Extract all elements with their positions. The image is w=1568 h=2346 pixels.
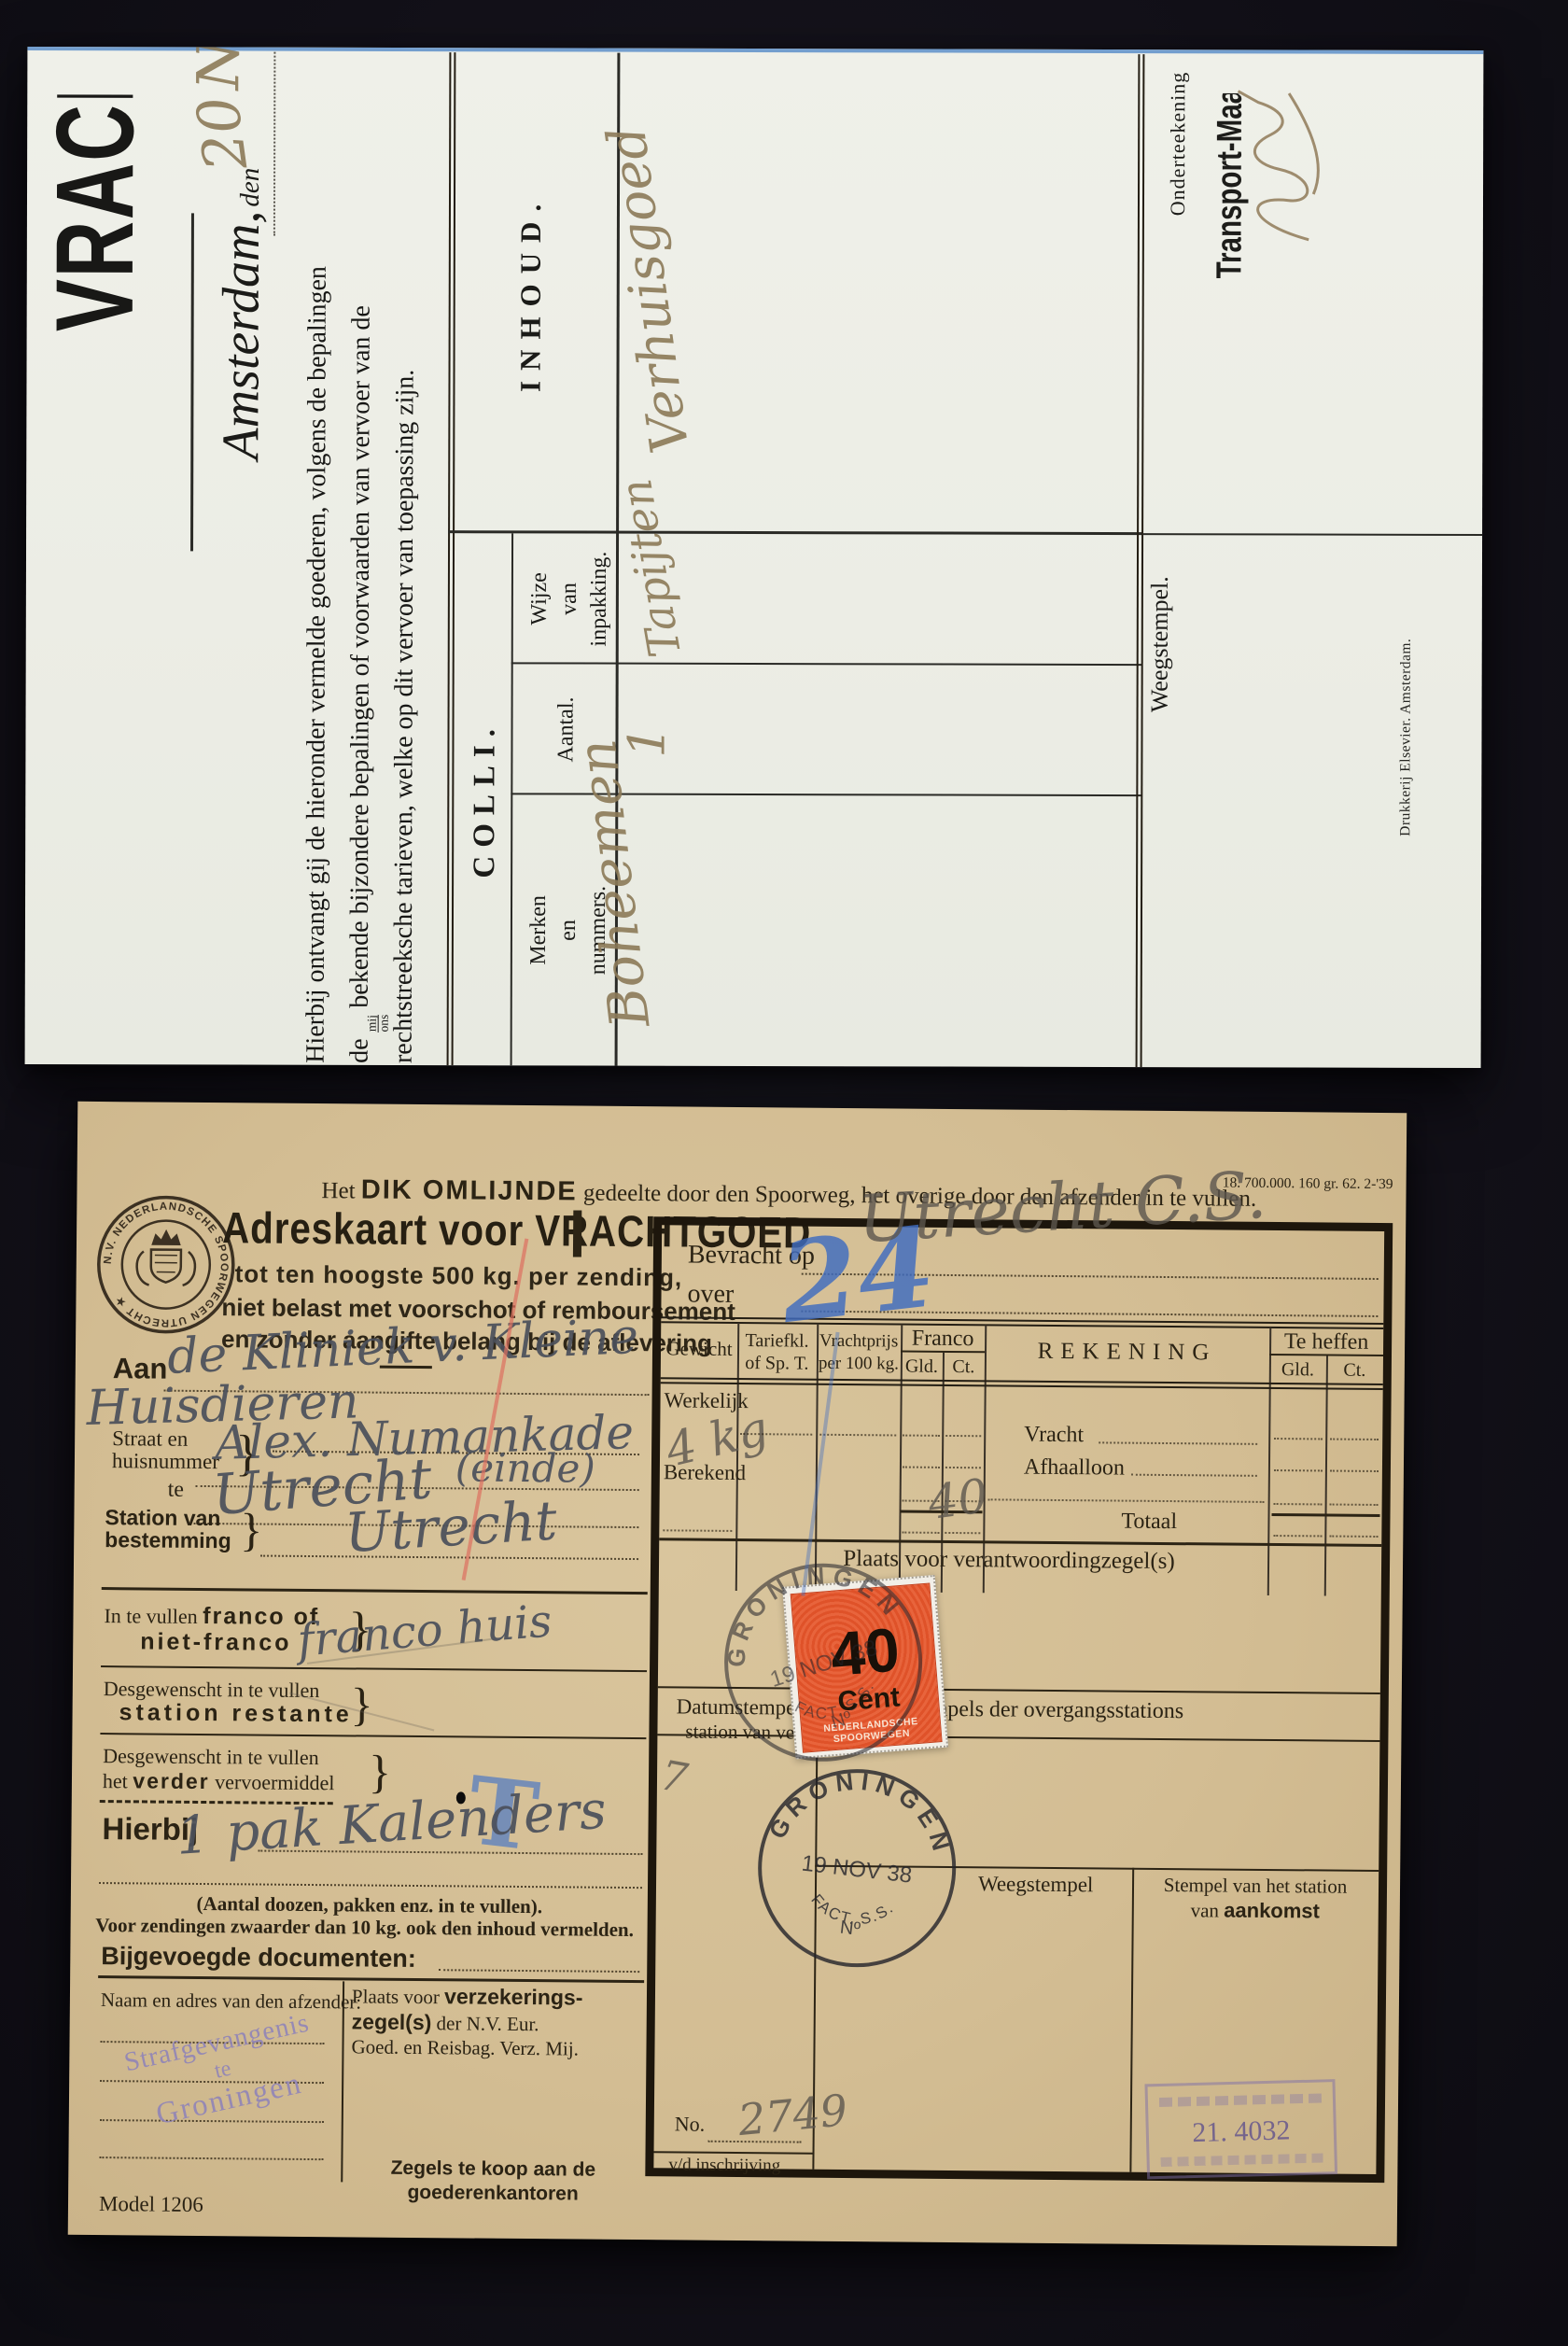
- vervoermiddel-label-1: Desgewenscht in te vullen: [103, 1744, 319, 1770]
- leader: [903, 1467, 940, 1468]
- inhoud-header: INHOUD.: [513, 52, 548, 533]
- zegels-line-2: goederenkantoren: [357, 2181, 628, 2206]
- no-label: No.: [675, 2112, 706, 2136]
- straat-label-2: huisnummer: [112, 1449, 219, 1474]
- rekening-header: REKENING: [985, 1338, 1269, 1367]
- leader: [1099, 1441, 1257, 1444]
- aankomst-label-2: van aankomst: [1141, 1898, 1369, 1924]
- section-rule: [101, 1665, 647, 1672]
- leader: [903, 1435, 940, 1437]
- coat-of-arms: [136, 1231, 195, 1285]
- leader: [1131, 1474, 1257, 1477]
- handwriting-station: Utrecht: [343, 1488, 559, 1565]
- berekend-label: Berekend: [664, 1460, 746, 1485]
- handwritten-date-fragment: N: [184, 47, 252, 91]
- aankomst-label-1: Stempel van het station: [1141, 1874, 1369, 1899]
- vrachtbrief-document: VRACH Amsterdam, den 20 N Hierbij ontvan…: [25, 47, 1484, 1068]
- place-label: Amsterdam,: [212, 210, 271, 459]
- vervoermiddel-label-2: het verder vervoermiddel: [103, 1768, 335, 1795]
- brace: }: [350, 1677, 373, 1731]
- svg-text:19 NOV 38: 19 NOV 38: [801, 1850, 914, 1888]
- totaal-label: Totaal: [1121, 1510, 1177, 1536]
- niet-franco-label: niet-franco: [140, 1628, 291, 1656]
- brace: }: [369, 1745, 392, 1799]
- gld-header: Gld.: [901, 1356, 943, 1378]
- leader: [1330, 1470, 1379, 1472]
- col-line: [1324, 1356, 1328, 1595]
- section-rule: [102, 1587, 648, 1594]
- full-dotted: [99, 1882, 642, 1889]
- documents-dotted: [439, 1969, 639, 1973]
- leader: [1274, 1469, 1323, 1471]
- franco-label: In te vullen franco of: [104, 1602, 319, 1631]
- place-date-line: Amsterdam, den: [211, 168, 272, 460]
- mij-ons-stack: mijons: [367, 1015, 390, 1033]
- leader: [945, 1435, 981, 1437]
- svg-text:Nº: Nº: [839, 1918, 862, 1940]
- model-number: Model 1206: [99, 2192, 203, 2217]
- leader: [819, 1434, 896, 1437]
- leader: [1330, 1504, 1379, 1506]
- weegstempel-label: Weegstempel.: [1146, 576, 1174, 712]
- ct-header-2: Ct.: [1326, 1359, 1383, 1382]
- intro-2-rest: bekende bijzondere bepalingen of voorwaa…: [345, 305, 376, 1008]
- documents-label: Bijgevoegde documenten:: [101, 1942, 416, 1974]
- spoorweg-box: Bevracht op over 24 Utrecht C.S. Gewicht…: [645, 1216, 1393, 2183]
- leader: [663, 1529, 732, 1532]
- vracht-row-label: Vracht: [1024, 1423, 1084, 1449]
- handwriting-franco: franco huis: [296, 1594, 554, 1666]
- teheffen-header: Te heffen: [1269, 1329, 1383, 1356]
- date-dotted-line: [273, 52, 276, 236]
- restante-label-2: station restante: [119, 1699, 352, 1728]
- leader: [1273, 1535, 1322, 1537]
- dik-omlijnde-bold: DIK OMLIJNDE: [361, 1174, 578, 1206]
- leader: [945, 1532, 980, 1534]
- svg-text:GRONINGEN: GRONINGEN: [762, 1757, 965, 1862]
- gld-header-2: Gld.: [1269, 1359, 1326, 1382]
- handwriting-aantal: 1: [617, 725, 676, 758]
- note-line-2: Voor zendingen zwaarder dan 10 kg. ook d…: [85, 1914, 645, 1942]
- signature-scribble: [1213, 76, 1347, 260]
- insurance-label-2: zegel(s) der N.V. Eur.: [352, 2009, 539, 2036]
- handwriting-route: Utrecht C.S.: [856, 1157, 1268, 1258]
- insurance-label-3: Goed. en Reisbag. Verz. Mij.: [351, 2035, 579, 2060]
- intro-line-2: demijonsbekende bijzondere bepalingen of…: [345, 52, 393, 1063]
- handwriting-inhoud: Verhuisgoed: [596, 122, 702, 457]
- column-line-2: [511, 662, 1142, 666]
- leader: [1274, 1438, 1323, 1440]
- ct-header: Ct.: [943, 1356, 985, 1378]
- straat-label-1: Straat en: [112, 1426, 188, 1452]
- adreskaart-document: N.V. NEDERLANDSCHE SPOORWEGEN UTRECHT ★ …: [68, 1102, 1407, 2246]
- insurance-label-1: Plaats voor verzekerings-: [352, 1983, 583, 2010]
- arrival-stamp-code: 21. 4032: [1148, 2114, 1334, 2150]
- wijze-column-header: Wijze van inpakking.: [525, 533, 614, 664]
- table-bottom-rule: [1136, 54, 1145, 1067]
- waybill-title: VRACH: [40, 94, 151, 331]
- section-rule: [98, 1975, 644, 1983]
- section-rule: [100, 1733, 646, 1739]
- inschrijving-label: v/d inschrijving: [668, 2155, 780, 2176]
- zegels-line-1: Zegels te koop aan de: [357, 2156, 628, 2182]
- printer-imprint: Drukkerij Elsevier. Amsterdam.: [1397, 639, 1415, 836]
- handwriting-40: 40: [925, 1468, 991, 1530]
- postmark-groningen-2: GRONINGEN FACT. S.S. 19 NOV 38 Nº: [738, 1749, 976, 1988]
- sender-dotted: [99, 2156, 323, 2160]
- intro-line-3: rechtstreeksche tarieven, welke op dit v…: [389, 52, 422, 1063]
- tariefkl-header-2: of Sp. T.: [739, 1353, 815, 1375]
- intro-2-pre: de: [345, 1038, 374, 1063]
- handwriting-wijze: Tapijten: [610, 475, 692, 661]
- leader: [1329, 1536, 1378, 1538]
- teheffen-total-line: [1272, 1513, 1380, 1517]
- colli-underline: [511, 533, 513, 1065]
- nederlandsche-spoorwegen-emblem: N.V. NEDERLANDSCHE SPOORWEGEN UTRECHT ★: [94, 1193, 237, 1336]
- over-label: over: [687, 1280, 734, 1310]
- vrachtbrief-content: VRACH Amsterdam, den 20 N Hierbij ontvan…: [25, 51, 1484, 1068]
- title-end-bar: [573, 1210, 581, 1257]
- gewicht-header: Gewicht: [661, 1337, 737, 1361]
- onderteekening-label: Onderteekening: [1166, 72, 1190, 217]
- afhaalloon-label: Afhaalloon: [1024, 1455, 1125, 1482]
- den-label: den: [235, 168, 265, 207]
- handwritten-date: 20: [183, 92, 260, 175]
- te-label: te: [168, 1478, 185, 1503]
- bottom-divider: [1142, 533, 1482, 536]
- leader: [1274, 1503, 1323, 1505]
- arrival-station-stamp: 21. 4032: [1144, 2079, 1337, 2179]
- double-rule: [661, 1316, 1383, 1329]
- brace: }: [240, 1502, 263, 1556]
- title-rule: [190, 213, 194, 551]
- no-rule: [654, 2151, 813, 2154]
- table-top-rule: [447, 52, 456, 1065]
- no-dotted: [708, 2141, 802, 2143]
- handwriting-number: 2749: [736, 2085, 850, 2145]
- weegstempel-label: Weegstempel: [978, 1872, 1094, 1897]
- leader: [988, 1498, 1265, 1503]
- leader: [945, 1467, 981, 1468]
- handwriting-einde: (einde): [455, 1444, 595, 1491]
- pencil-seven: 7: [657, 1751, 692, 1803]
- franco-underline: [901, 1351, 985, 1354]
- fee-table-bottom: [659, 1538, 1381, 1547]
- cell-divider-2: [1129, 1868, 1134, 2172]
- leader: [902, 1532, 939, 1534]
- subtitle-1: tot ten hoogste 500 kg. per zending,: [235, 1259, 683, 1292]
- photo-background: VRACH Amsterdam, den 20 N Hierbij ontvan…: [0, 0, 1568, 2346]
- intro-line-1: Hierbij ontvangt gij de hieronder vermel…: [301, 52, 334, 1063]
- colli-header: COLLI.: [468, 533, 503, 1065]
- leader: [1330, 1439, 1379, 1440]
- station-label-2: bestemming: [105, 1527, 231, 1553]
